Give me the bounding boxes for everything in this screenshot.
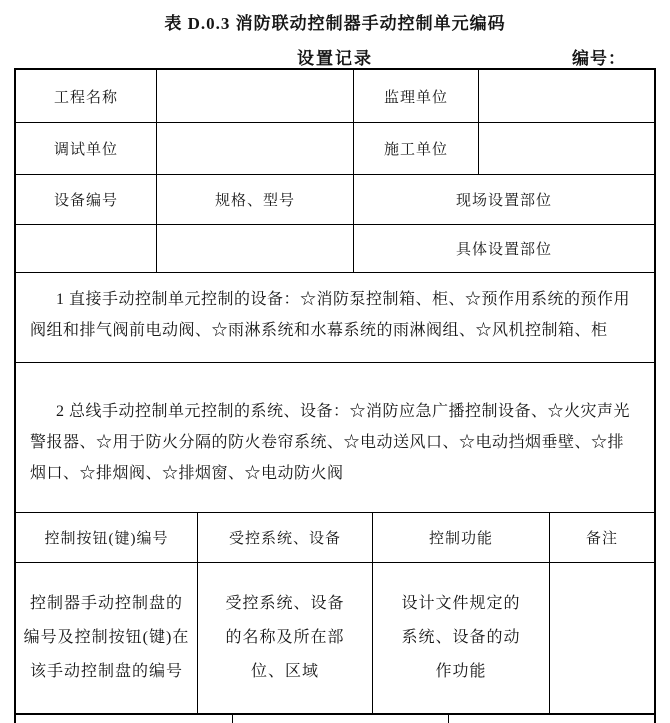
spec-model-field: [157, 225, 354, 272]
site-location-label: 现场设置部位: [354, 175, 654, 224]
header-controlled-system: 受控系统、设备: [198, 513, 373, 562]
supervision-unit-field: [479, 70, 654, 122]
title-block: 表 D.0.3 消防联动控制器手动控制单元编码 设置记录 编号：: [0, 0, 670, 66]
supervision-unit-label: 监理单位: [354, 70, 479, 122]
construction-unit-label: 施工单位: [354, 123, 479, 174]
spec-model-label: 规格、型号: [157, 175, 354, 224]
subtitle-row: 设置记录 编号：: [0, 44, 670, 66]
control-table-description-row: 控制器手动控制盘的编号及控制按钮(键)在该手动控制盘的编号 受控系统、设备的名称…: [16, 562, 654, 713]
device-number-label: 设备编号: [16, 175, 157, 224]
partial-cell-3: [449, 715, 654, 723]
project-name-label: 工程名称: [16, 70, 157, 122]
note-item-1: 1 直接手动控制单元控制的设备：☆消防泵控制箱、柜、☆预作用系统的预作用阀组和排…: [30, 284, 640, 346]
specific-location-label: 具体设置部位: [354, 225, 654, 272]
project-name-field: [157, 70, 354, 122]
table-row-location: 具体设置部位: [16, 224, 654, 272]
table-row-project: 工程名称 监理单位: [16, 70, 654, 122]
header-control-function: 控制功能: [373, 513, 550, 562]
construction-unit-field: [479, 123, 654, 174]
next-table-row-partial: [14, 715, 656, 723]
description-remarks: [550, 563, 654, 713]
table-row-units: 调试单位 施工单位: [16, 122, 654, 174]
header-remarks: 备注: [550, 513, 654, 562]
note-row-bus-control: 2 总线手动控制单元控制的系统、设备：☆消防应急广播控制设备、☆火灾声光警报器、…: [16, 362, 654, 512]
table-row-device: 设备编号 规格、型号 现场设置部位: [16, 174, 654, 224]
page-title: 表 D.0.3 消防联动控制器手动控制单元编码: [0, 9, 670, 34]
record-table: 工程名称 监理单位 调试单位 施工单位 设备编号 规格、型号 现场设置部位 具体…: [14, 68, 656, 715]
description-control-function: 设计文件规定的系统、设备的动作功能: [373, 563, 550, 713]
note-row-direct-control: 1 直接手动控制单元控制的设备：☆消防泵控制箱、柜、☆预作用系统的预作用阀组和排…: [16, 272, 654, 362]
header-button-number: 控制按钮(键)编号: [16, 513, 198, 562]
partial-cell-1: [16, 715, 233, 723]
control-table-header-row: 控制按钮(键)编号 受控系统、设备 控制功能 备注: [16, 512, 654, 562]
page-subtitle: 设置记录: [0, 44, 670, 69]
device-number-field: [16, 225, 157, 272]
description-button-number: 控制器手动控制盘的编号及控制按钮(键)在该手动控制盘的编号: [16, 563, 198, 713]
note-item-2: 2 总线手动控制单元控制的系统、设备：☆消防应急广播控制设备、☆火灾声光警报器、…: [30, 396, 640, 489]
document-number-label: 编号：: [572, 44, 626, 69]
description-controlled-system: 受控系统、设备的名称及所在部位、区域: [198, 563, 373, 713]
commissioning-unit-field: [157, 123, 354, 174]
commissioning-unit-label: 调试单位: [16, 123, 157, 174]
partial-cell-2: [233, 715, 449, 723]
